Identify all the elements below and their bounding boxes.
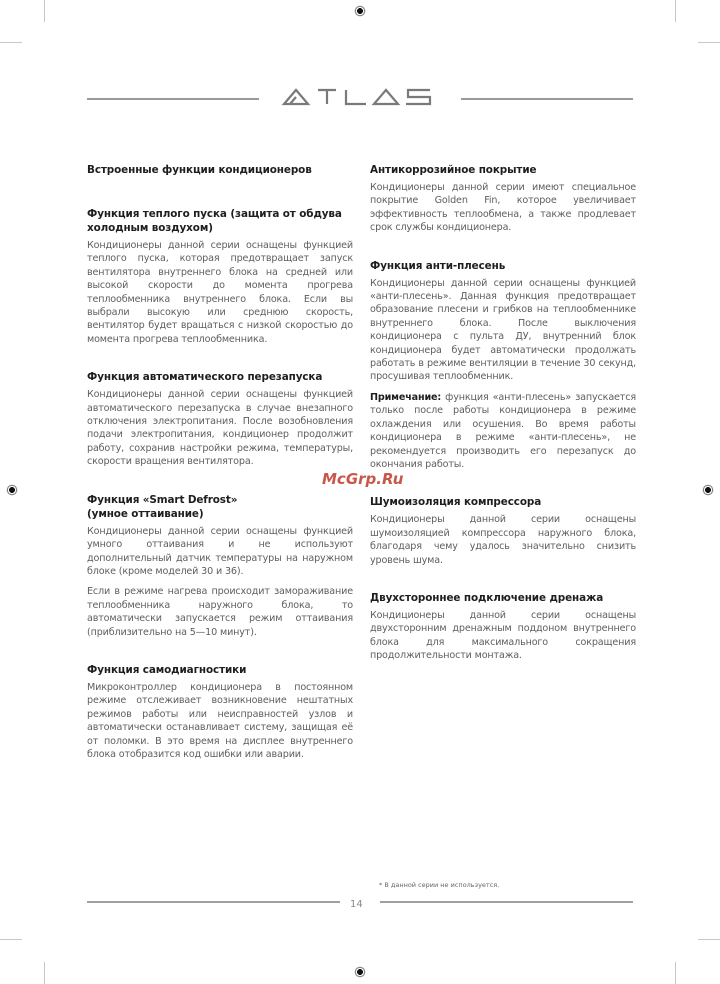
crop-mark-top-right bbox=[675, 0, 676, 22]
section-title: Функция анти-плесень bbox=[370, 259, 636, 273]
crop-mark-bottom-right bbox=[675, 962, 676, 984]
note-text: функция «анти-плесень» запускается тольк… bbox=[370, 392, 636, 470]
footnote: * В данной серии не используется. bbox=[379, 881, 499, 889]
section-title: Функция «Smart Defrost» (умное оттаивани… bbox=[87, 493, 257, 521]
note-paragraph: Примечание: функция «анти-плесень» запус… bbox=[370, 391, 636, 471]
watermark: McGrp.Ru bbox=[322, 470, 403, 488]
registration-mark-left bbox=[6, 484, 18, 496]
section-body: Кондиционеры данной серии оснащены функц… bbox=[87, 388, 353, 468]
section-body: Если в режиме нагрева происходит замораж… bbox=[87, 585, 353, 639]
header-rule-left bbox=[87, 98, 259, 100]
page-heading: Встроенные функции кондиционеров bbox=[87, 163, 353, 177]
section-title: Функция автоматического перезапуска bbox=[87, 370, 353, 384]
section-two-way-drainage: Двухстороннее подключение дренажа Кондиц… bbox=[370, 591, 636, 663]
section-compressor-insulation: Шумоизоляция компрессора Кондиционеры да… bbox=[370, 495, 636, 567]
header-rule-right bbox=[461, 98, 633, 100]
crop-mark-top-left bbox=[44, 0, 45, 22]
crop-mark-right-top bbox=[698, 42, 720, 43]
footer-rule-left bbox=[87, 901, 340, 903]
crop-mark-left-bottom bbox=[0, 939, 22, 940]
atlas-logo: ATLAS bbox=[280, 84, 440, 108]
section-body: Кондиционеры данной серии оснащены функц… bbox=[370, 277, 636, 384]
crop-mark-right-bottom bbox=[698, 939, 720, 940]
note-label: Примечание: bbox=[370, 392, 441, 403]
section-self-diagnostics: Функция самодиагностики Микроконтроллер … bbox=[87, 663, 353, 761]
left-column: Встроенные функции кондиционеров Функция… bbox=[87, 163, 353, 761]
section-warm-start: Функция теплого пуска (защита от обдува … bbox=[87, 207, 353, 346]
section-body: Микроконтроллер кондиционера в постоянно… bbox=[87, 681, 353, 761]
page-number: 14 bbox=[350, 899, 363, 910]
crop-mark-bottom-left bbox=[44, 962, 45, 984]
section-anti-mold: Функция анти-плесень Кондиционеры данной… bbox=[370, 259, 636, 472]
section-body: Кондиционеры данной серии оснащены функц… bbox=[87, 239, 353, 346]
section-title: Антикоррозийное покрытие bbox=[370, 163, 636, 177]
section-title: Двухстороннее подключение дренажа bbox=[370, 591, 636, 605]
section-body: Кондиционеры данной серии оснащены функц… bbox=[87, 525, 353, 579]
section-title: Функция теплого пуска (защита от обдува … bbox=[87, 207, 349, 235]
section-title: Шумоизоляция компрессора bbox=[370, 495, 636, 509]
section-smart-defrost: Функция «Smart Defrost» (умное оттаивани… bbox=[87, 493, 353, 639]
section-auto-restart: Функция автоматического перезапуска Конд… bbox=[87, 370, 353, 468]
registration-mark-bottom bbox=[354, 966, 366, 978]
registration-mark-top bbox=[354, 5, 366, 17]
footer-rule-right bbox=[380, 901, 633, 903]
section-body: Кондиционеры данной серии имеют специаль… bbox=[370, 181, 636, 235]
crop-mark-left-top bbox=[0, 42, 22, 43]
section-body: Кондиционеры данной серии оснащены двухс… bbox=[370, 609, 636, 663]
section-title: Функция самодиагностики bbox=[87, 663, 353, 677]
right-column: Антикоррозийное покрытие Кондиционеры да… bbox=[370, 163, 636, 663]
section-body: Кондиционеры данной серии оснащены шумои… bbox=[370, 513, 636, 567]
section-anticorrosion: Антикоррозийное покрытие Кондиционеры да… bbox=[370, 163, 636, 235]
registration-mark-right bbox=[702, 484, 714, 496]
